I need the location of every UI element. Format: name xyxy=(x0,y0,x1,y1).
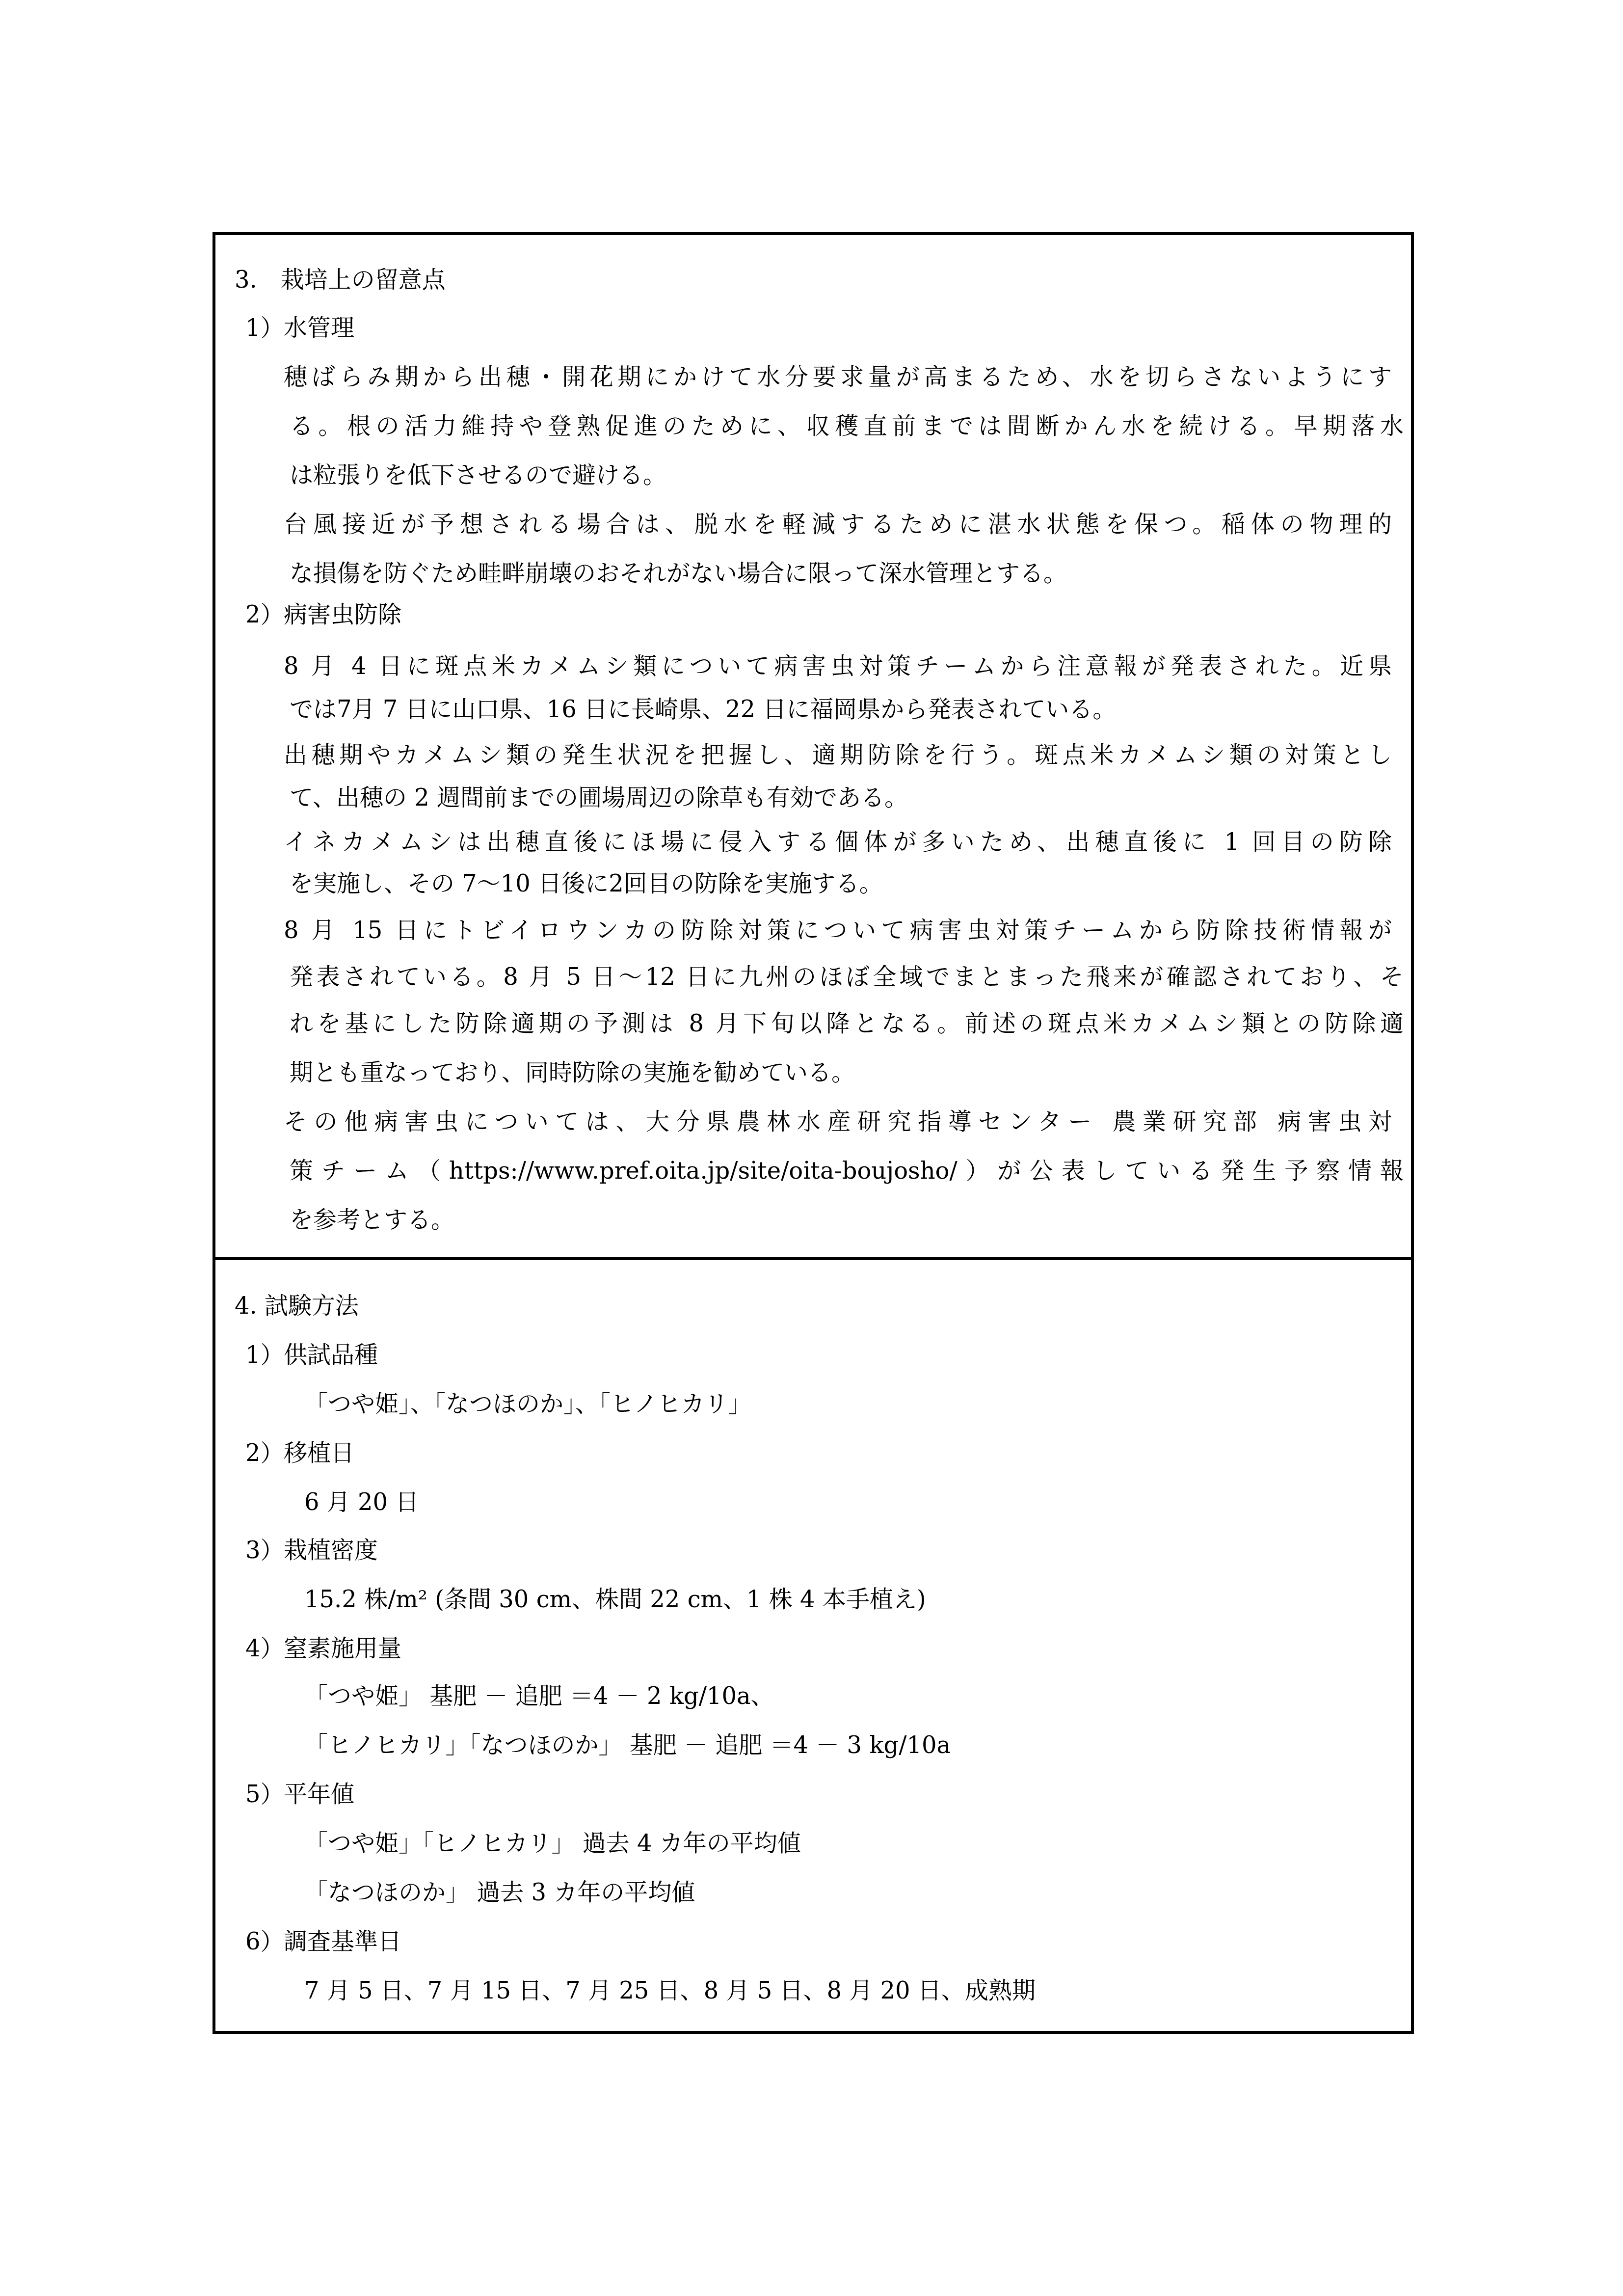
paragraph-line: 発表されている。8 月 5 日～12 日に九州のほぼ全域でまとまった飛来が確認さ… xyxy=(290,962,1404,992)
paragraph-line: 8 月 15 日にトビイロウンカの防除対策について病害虫対策チームから防除技術情… xyxy=(284,916,1392,945)
sub1-title: 水管理 xyxy=(284,313,354,343)
sub1-number: 1） xyxy=(245,313,284,343)
item5-detail: 「つや姫」「ヒノヒカリ」 過去 4 カ年の平均値 xyxy=(304,1829,801,1858)
paragraph-line: を参考とする。 xyxy=(290,1205,454,1235)
item4-detail: 「つや姫」 基肥 － 追肥 ＝4 － 2 kg/10a、 xyxy=(304,1681,774,1711)
item3-title: 栽植密度 xyxy=(284,1536,378,1565)
item1-number: 1） xyxy=(245,1340,284,1370)
item4-title: 窒素施用量 xyxy=(284,1634,401,1663)
item2-number: 2） xyxy=(245,1438,284,1468)
item6-title: 調査基準日 xyxy=(284,1927,401,1956)
paragraph-line: その他病害虫については、大分県農林水産研究指導センター 農業研究部 病害虫対 xyxy=(284,1107,1392,1136)
item5-detail: 「なつほのか」 過去 3 カ年の平均値 xyxy=(304,1878,695,1907)
paragraph-line: な損傷を防ぐため畦畔崩壊のおそれがない場合に限って深水管理とする。 xyxy=(290,559,1067,588)
paragraph-line: 8 月 4 日に斑点米カメムシ類について病害虫対策チームから注意報が発表された。… xyxy=(284,651,1392,681)
item5-title: 平年値 xyxy=(284,1780,354,1809)
paragraph-line: イネカメムシは出穂直後にほ場に侵入する個体が多いため、出穂直後に 1 回目の防除 xyxy=(284,827,1392,857)
section3-heading: 3. 栽培上の留意点 xyxy=(235,265,446,295)
paragraph-line: 穂ばらみ期から出穂・開花期にかけて水分要求量が高まるため、水を切らさないようにす xyxy=(284,362,1392,392)
item2-detail: 6 月 20 日 xyxy=(304,1487,419,1517)
item6-detail: 7 月 5 日、7 月 15 日、7 月 25 日、8 月 5 日、8 月 20… xyxy=(304,1976,1036,2005)
paragraph-line: れを基にした防除適期の予測は 8 月下旬以降となる。前述の斑点米カメムシ類との防… xyxy=(290,1009,1404,1038)
item4-detail: 「ヒノヒカリ」「なつほのか」 基肥 － 追肥 ＝4 － 3 kg/10a xyxy=(304,1730,951,1760)
item3-number: 3） xyxy=(245,1536,284,1565)
paragraph-line: 台風接近が予想される場合は、脱水を軽減するために湛水状態を保つ。稲体の物理的 xyxy=(284,510,1392,539)
item3-detail: 15.2 株/m² (条間 30 cm、株間 22 cm、1 株 4 本手植え) xyxy=(304,1585,926,1614)
section4-heading: 4. 試験方法 xyxy=(235,1291,359,1321)
item2-title: 移植日 xyxy=(284,1438,354,1468)
sub2-title: 病害虫防除 xyxy=(284,600,401,629)
section-divider xyxy=(213,1257,1414,1260)
item1-detail: 「つや姫」、「なつほのか」、「ヒノヒカリ」 xyxy=(304,1389,752,1419)
paragraph-line: る。根の活力維持や登熟促進のために、収穫直前までは間断かん水を続ける。早期落水 xyxy=(290,411,1404,441)
item6-number: 6） xyxy=(245,1927,284,1956)
item5-number: 5） xyxy=(245,1780,284,1809)
item1-title: 供試品種 xyxy=(284,1340,378,1370)
sub2-number: 2） xyxy=(245,600,284,629)
paragraph-line: は粒張りを低下させるので避ける。 xyxy=(290,460,666,490)
paragraph-line: を実施し、その 7～10 日後に2回目の防除を実施する。 xyxy=(290,869,883,898)
paragraph-line: て、出穂の 2 週間前までの圃場周辺の除草も有効である。 xyxy=(290,783,908,812)
paragraph-line: 期とも重なっており、同時防除の実施を勧めている。 xyxy=(290,1058,855,1087)
item4-number: 4） xyxy=(245,1634,284,1663)
paragraph-line: 出穂期やカメムシ類の発生状況を把握し、適期防除を行う。斑点米カメムシ類の対策とし xyxy=(284,740,1392,770)
paragraph-line: では7月 7 日に山口県、16 日に長崎県、22 日に福岡県から発表されている。 xyxy=(290,695,1116,724)
paragraph-line-with-url: 策チーム（https://www.pref.oita.jp/site/oita-… xyxy=(290,1156,1404,1186)
